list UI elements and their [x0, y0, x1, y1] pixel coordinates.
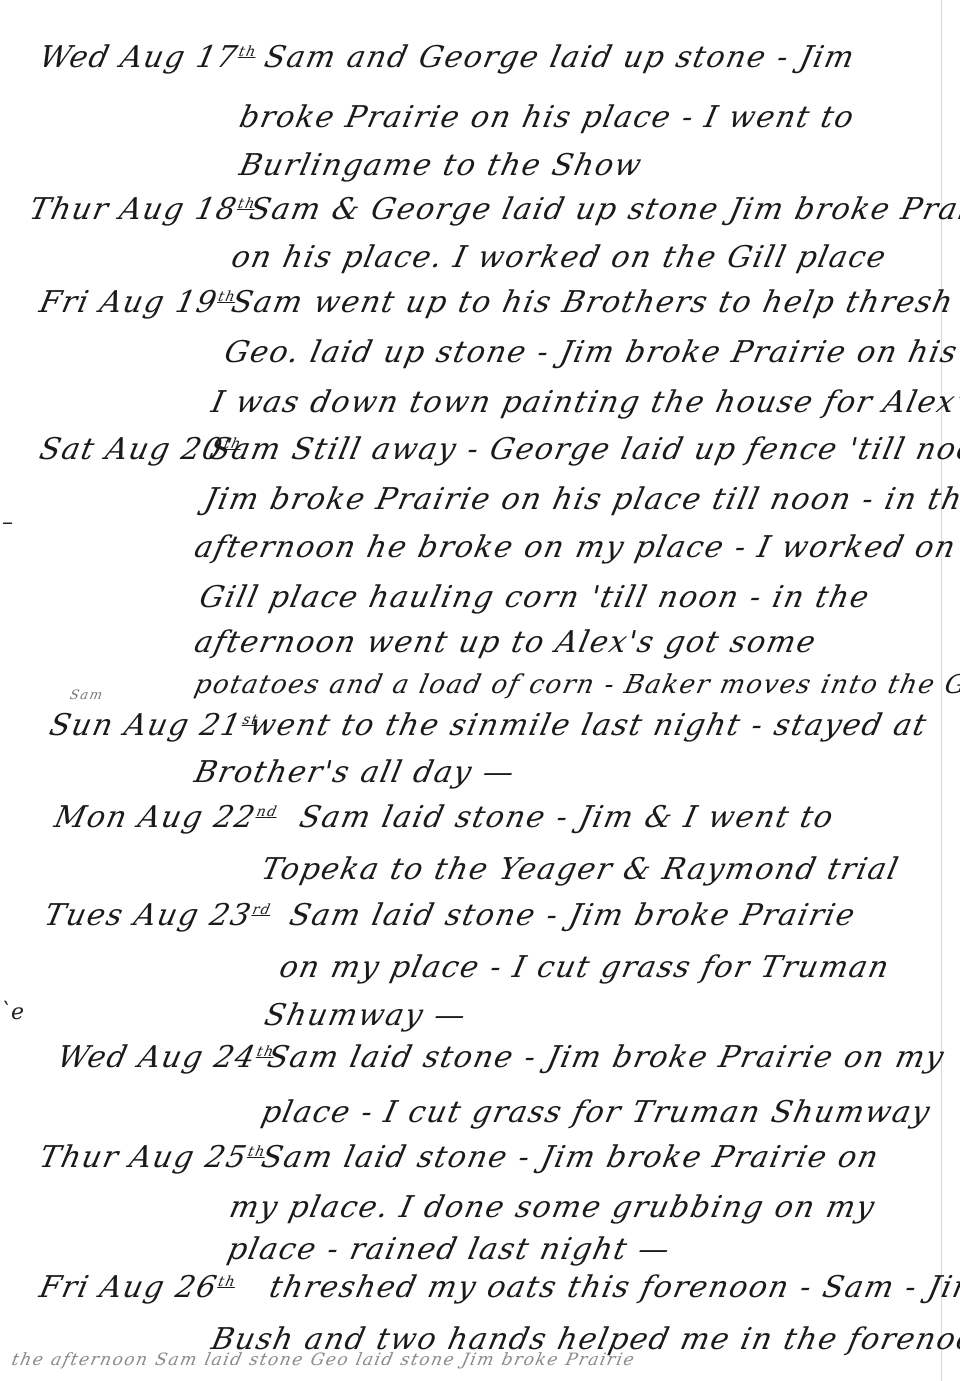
entry-line: Sam laid stone - Jim & I went to	[296, 800, 837, 835]
entry-line: I was down town painting the house for A…	[208, 385, 960, 420]
entry-line: my place. I done some grubbing on my	[226, 1190, 878, 1225]
entry-note-above: Sam	[68, 688, 105, 703]
entry-line: Gill place hauling corn 'till noon - in …	[196, 580, 873, 615]
entry-line: Sam and George laid up stone - Jim	[261, 40, 858, 75]
entry-line: on his place. I worked on the Gill place	[228, 240, 890, 275]
margin-letter-mark: ˋe	[0, 1000, 24, 1025]
entry-line: went to the sinmile last night - stayed …	[246, 708, 930, 743]
entry-line: Sam laid stone - Jim broke Prairie on	[258, 1140, 882, 1175]
entry-date: Thur Aug 18th	[26, 192, 258, 227]
entry-line: Jim broke Prairie on his place till noon…	[201, 482, 960, 517]
diary-page: Wed Aug 17th Sam and George laid up ston…	[0, 0, 960, 1381]
entry-line: potatoes and a load of corn - Baker move…	[192, 670, 960, 700]
entry-line: Geo. laid up stone - Jim broke Prairie o…	[221, 335, 960, 370]
entry-date: Sun Aug 21st	[46, 708, 261, 743]
entry-date: Fri Aug 19th	[36, 285, 238, 320]
entry-line: Topeka to the Yeager & Raymond trial	[258, 852, 902, 887]
entry-date: Thur Aug 25th	[36, 1140, 268, 1175]
entry-line: Sam Still away - George laid up fence 't…	[206, 432, 960, 467]
entry-line: afternoon went up to Alex's got some	[191, 625, 820, 660]
entry-line: on my place - I cut grass for Truman	[276, 950, 893, 985]
entry-line: Sam went up to his Brothers to help thre…	[228, 285, 960, 320]
entry-line: Shumway —	[261, 998, 470, 1033]
entry-line: place - I cut grass for Truman Shumway	[258, 1095, 934, 1130]
margin-dash-mark: –	[2, 510, 13, 535]
entry-line: Brother's all day —	[191, 755, 518, 790]
entry-line: threshed my oats this forenoon - Sam - J…	[266, 1270, 960, 1305]
entry-line-cutoff: the afternoon Sam laid stone Geo laid st…	[10, 1350, 637, 1370]
entry-date: Fri Aug 26th	[36, 1270, 238, 1305]
entry-line: afternoon he broke on my place - I worke…	[191, 530, 960, 565]
entry-line: place - rained last night —	[224, 1232, 674, 1267]
entry-line: Sam laid stone - Jim broke Prairie	[286, 898, 859, 933]
entry-line: Sam laid stone - Jim broke Prairie on my	[264, 1040, 948, 1075]
entry-date: Tues Aug 23rd	[41, 898, 274, 933]
entry-line: Burlingame to the Show	[236, 148, 645, 183]
entry-date: Wed Aug 17th	[36, 40, 259, 75]
entry-date: Wed Aug 24th	[54, 1040, 277, 1075]
entry-line: Sam & George laid up stone Jim broke Pra…	[246, 192, 960, 227]
entry-line: broke Prairie on his place - I went to	[236, 100, 858, 135]
entry-date: Mon Aug 22nd	[51, 800, 280, 835]
